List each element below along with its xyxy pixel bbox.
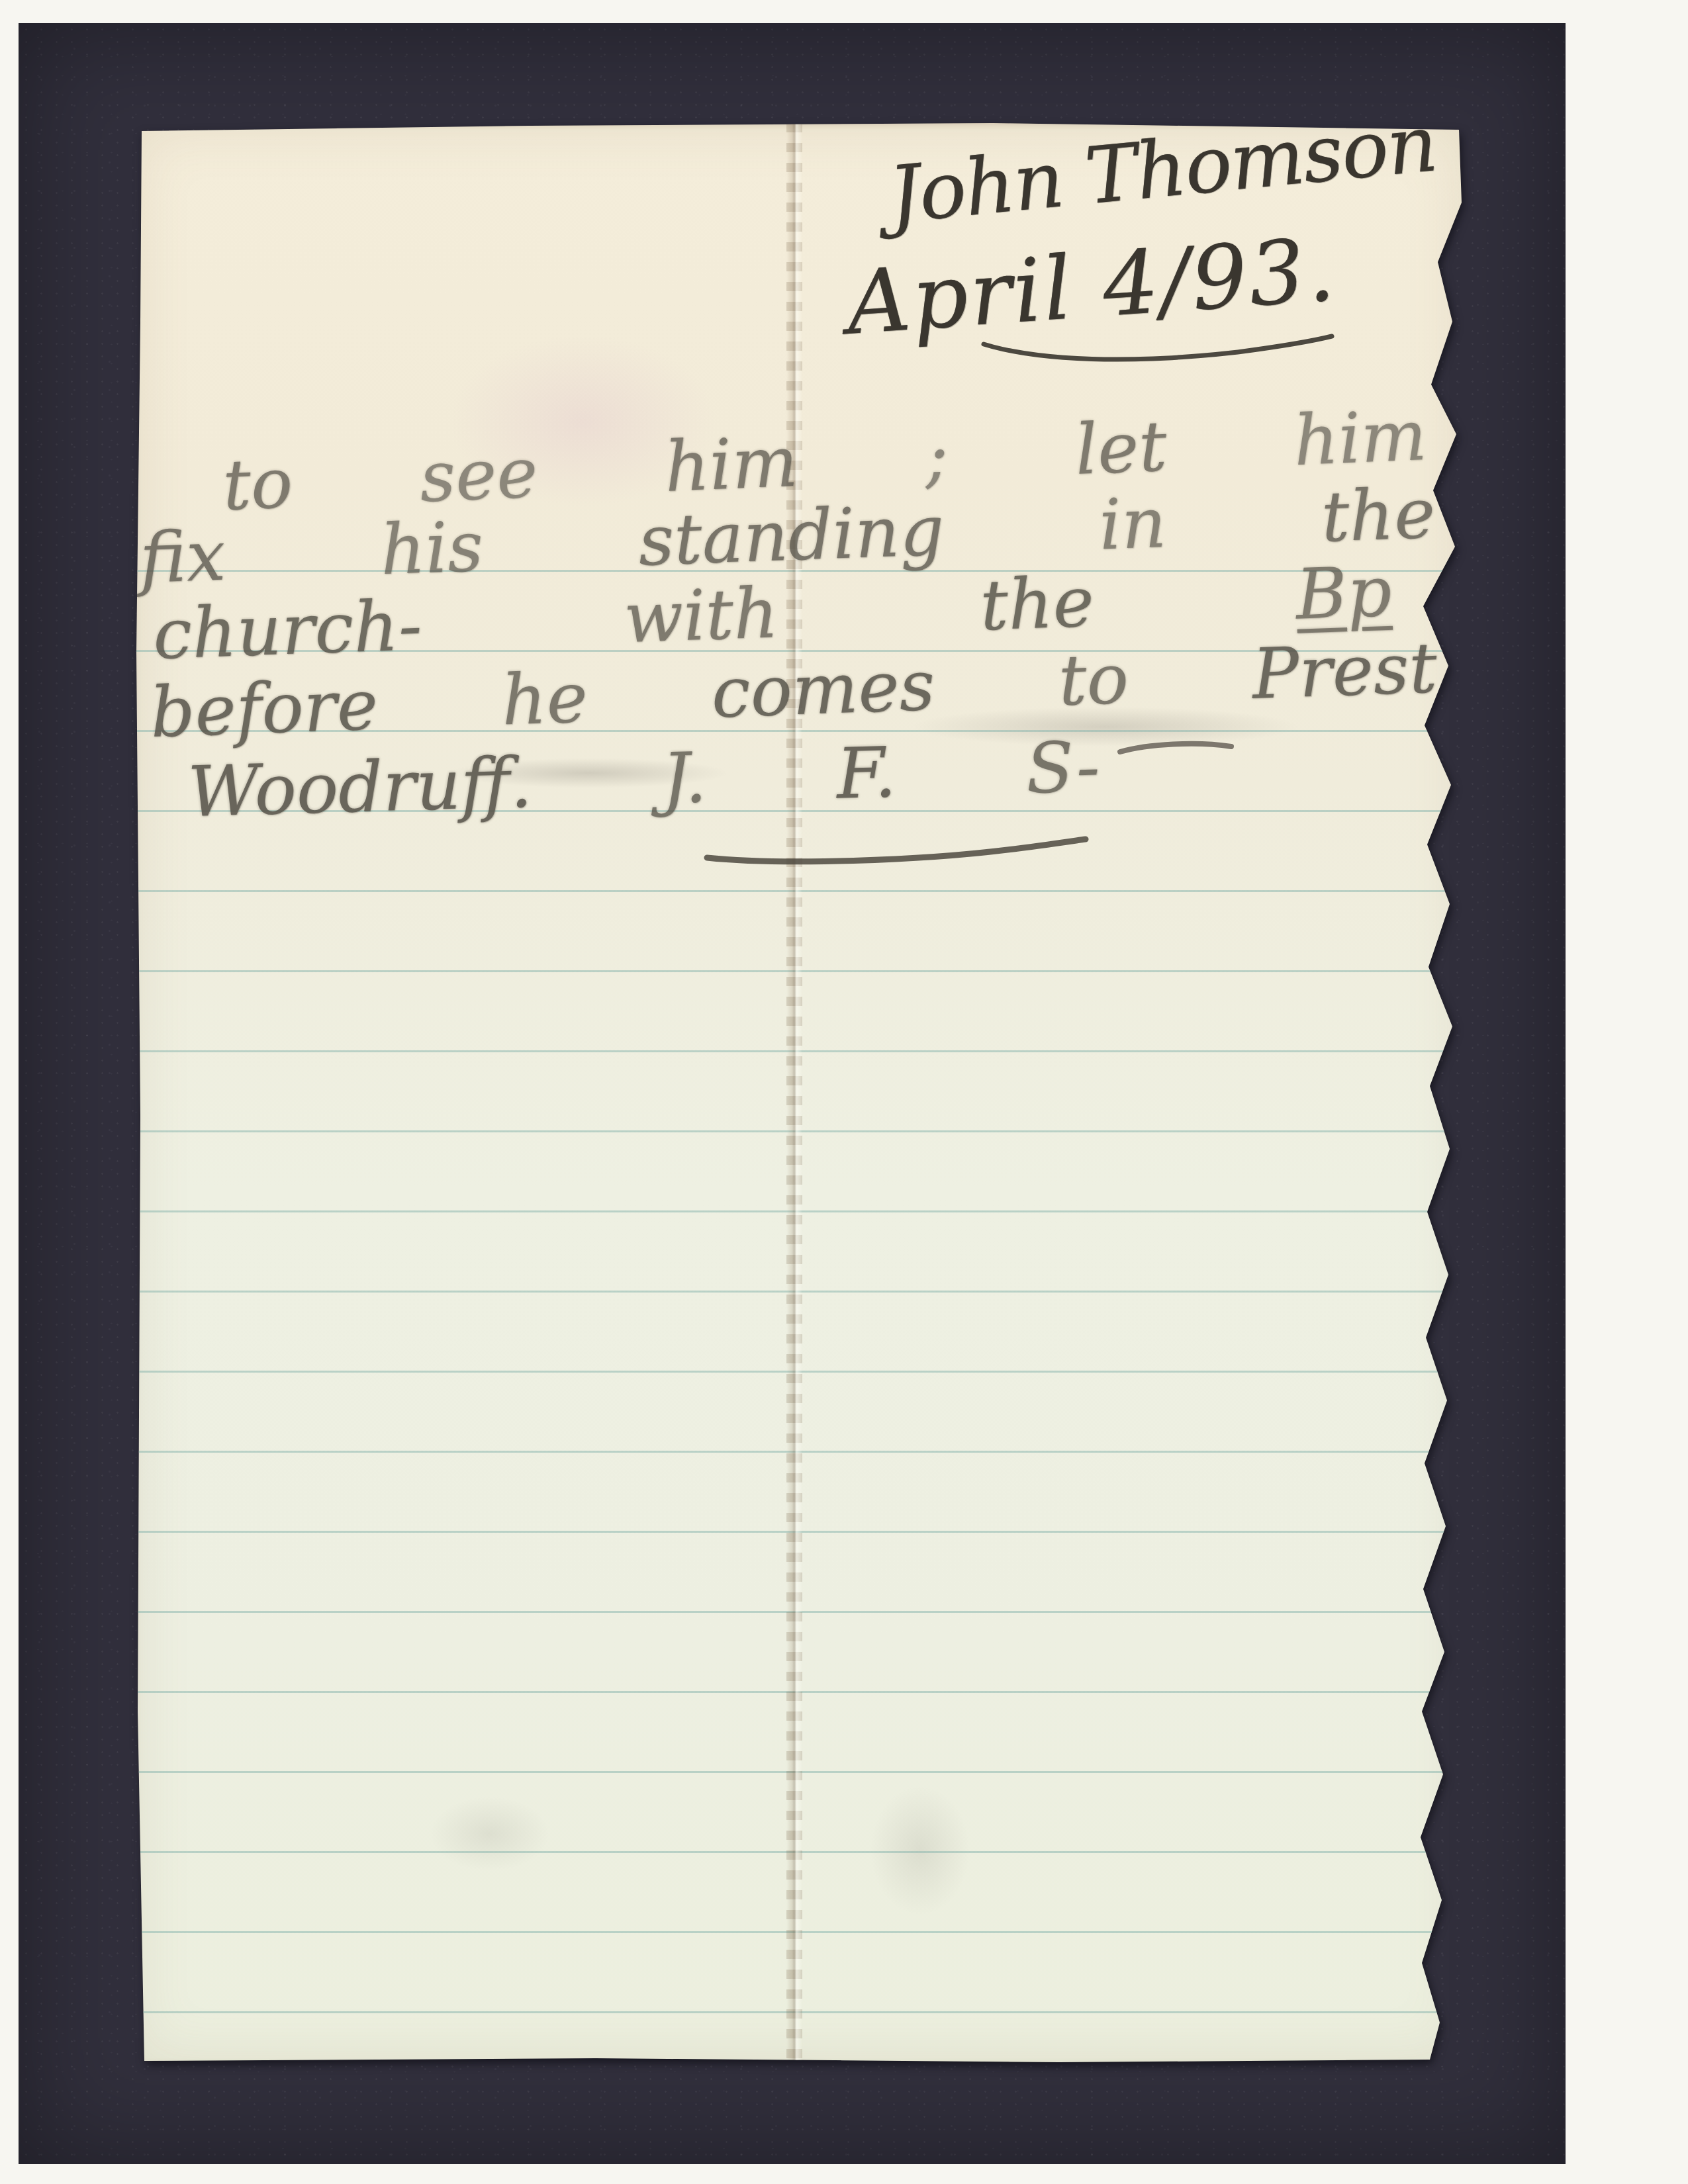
handwritten-word: J. — [661, 737, 708, 819]
handwritten-word: Prest. — [1251, 627, 1461, 715]
handwritten-word: his — [379, 506, 485, 590]
handwritten-word: to — [1057, 638, 1130, 721]
handwritten-word: Woodruff. — [187, 743, 533, 833]
signature-underline-stroke — [703, 835, 1090, 867]
handwritten-word: in — [1098, 482, 1167, 565]
fold-crease — [786, 123, 802, 2064]
pencil-flourish-stroke — [1117, 739, 1234, 758]
handwritten-word: he — [500, 657, 589, 741]
handwritten-word: let — [1074, 406, 1168, 490]
handwritten-word: S- — [1025, 727, 1101, 809]
scan-white-border: John Thomson April 4/93. toseehim;lethim… — [0, 0, 1688, 2184]
handwritten-word: the — [979, 561, 1096, 646]
date-underline-stroke — [980, 332, 1337, 369]
handwritten-word: him — [1292, 395, 1429, 481]
paper-wrap: John Thomson April 4/93. toseehim;lethim… — [132, 123, 1464, 2064]
handwritten-word: comes — [710, 645, 937, 734]
note-paper: John Thomson April 4/93. toseehim;lethim… — [132, 123, 1464, 2064]
handwritten-word: Bp — [1295, 551, 1393, 635]
handwritten-word: fix — [138, 516, 226, 599]
handwritten-word: before — [149, 664, 379, 753]
handwritten-word: him — [663, 422, 800, 508]
handwritten-word: F. — [835, 732, 897, 814]
handwritten-word: church- — [152, 585, 423, 675]
handwritten-word: ; — [923, 415, 949, 496]
handwritten-word: the — [1320, 473, 1436, 558]
handwritten-word: with — [622, 572, 779, 659]
